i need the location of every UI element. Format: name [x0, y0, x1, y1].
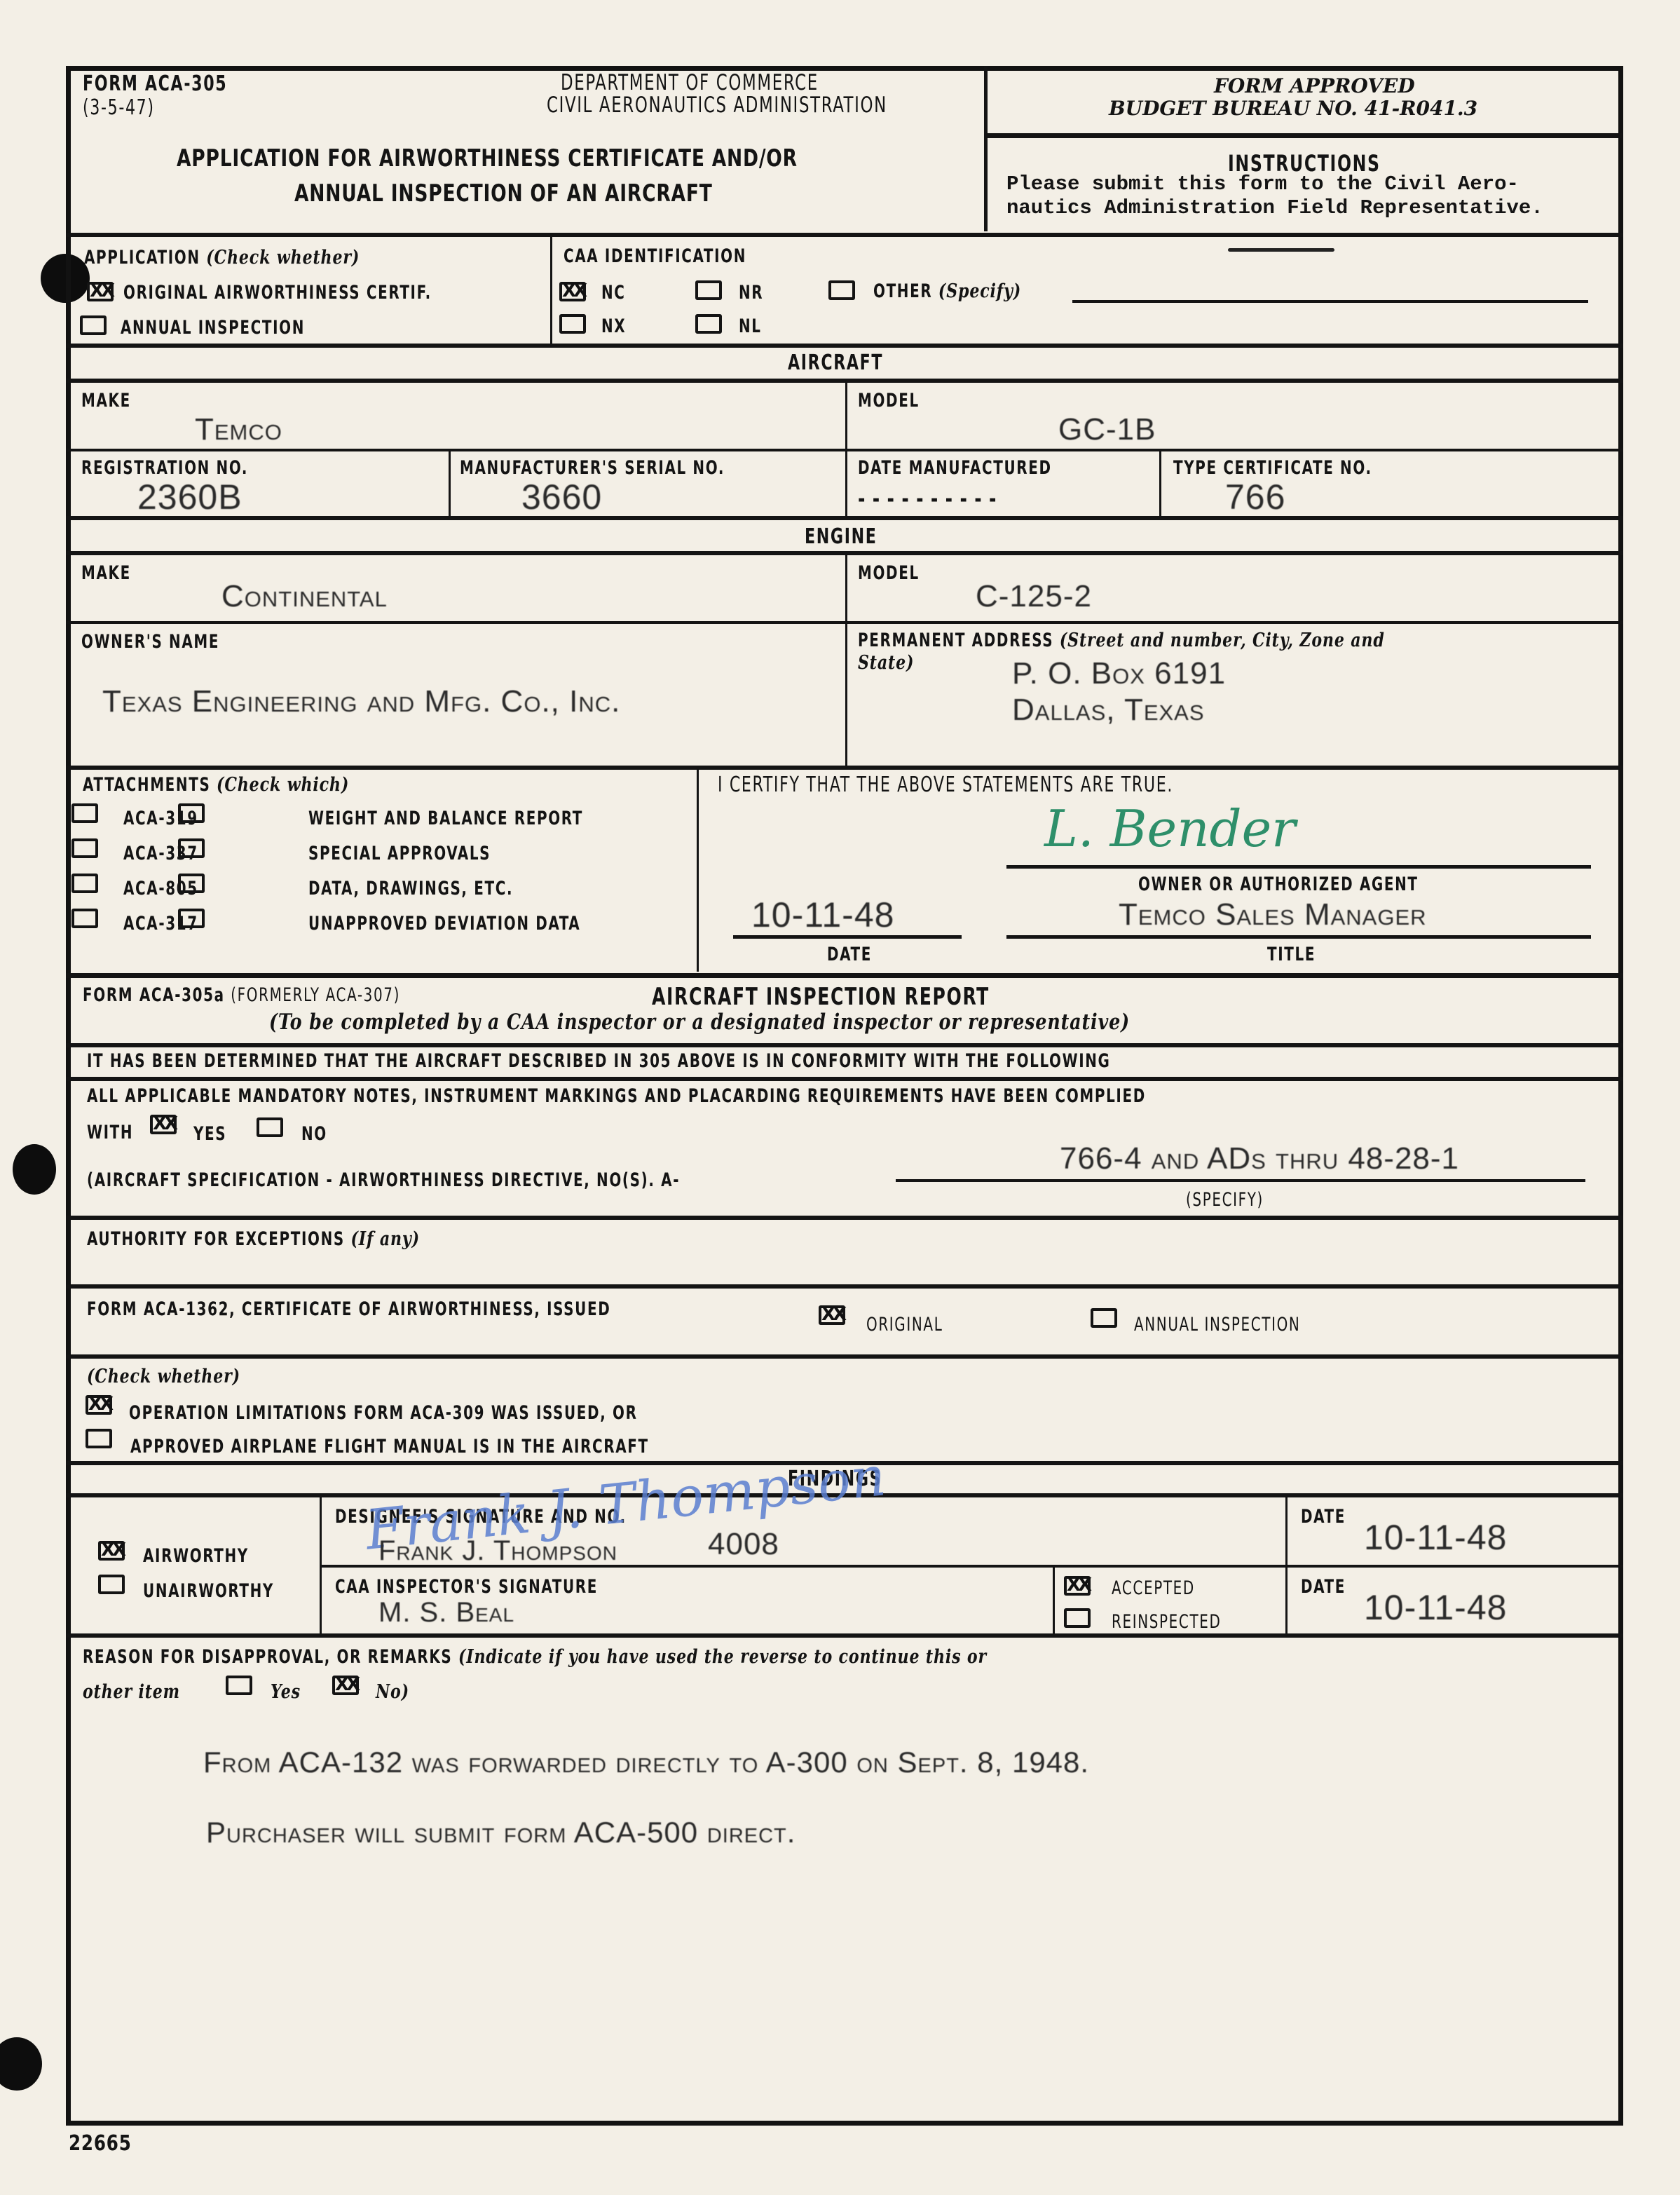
- checkbox-reverse-no[interactable]: [332, 1676, 359, 1695]
- certificate-issued-label: FORM ACA-1362, CERTIFICATE OF AIRWORTHIN…: [87, 1298, 610, 1320]
- checkbox-special-approvals[interactable]: [178, 838, 205, 858]
- owner-name-value[interactable]: Texas Engineering and Mfg. Co., Inc.: [102, 684, 620, 719]
- attachment-weight-balance: WEIGHT AND BALANCE REPORT: [308, 808, 583, 829]
- checkbox-mandatory-yes[interactable]: [150, 1115, 177, 1134]
- checkbox-mandatory-no[interactable]: [257, 1117, 283, 1137]
- attachments-label: ATTACHMENTS (Check which): [83, 774, 349, 796]
- caa-option-other: OTHER (Specify): [873, 280, 1021, 302]
- checkbox-flight-manual[interactable]: [86, 1429, 112, 1448]
- accepted-divider: [1053, 1566, 1055, 1633]
- reverse-yes-label: Yes: [271, 1681, 301, 1703]
- aircraft-model-value[interactable]: GC-1B: [1058, 412, 1156, 447]
- checkbox-nx[interactable]: [559, 314, 586, 334]
- permanent-address-label: PERMANENT ADDRESS (Street and number, Ci…: [858, 630, 1385, 651]
- punch-hole-middle: [13, 1144, 56, 1195]
- reverse-no-label: No): [376, 1681, 409, 1703]
- application-option-original: ORIGINAL AIRWORTHINESS CERTIF.: [123, 282, 432, 304]
- certificate-original-label: ORIGINAL: [866, 1314, 943, 1336]
- inspector-row-rule: [320, 1565, 1623, 1568]
- application-divider: [550, 236, 552, 345]
- exceptions-label: AUTHORITY FOR EXCEPTIONS (If any): [87, 1228, 420, 1250]
- designee-name[interactable]: Frank J. Thompson: [378, 1535, 617, 1567]
- instructions-line2: nautics Administration Field Representat…: [1006, 196, 1543, 219]
- inspector-signature-label: CAA INSPECTOR'S SIGNATURE: [335, 1576, 598, 1598]
- date-line: [733, 935, 962, 939]
- document-number: 22665: [69, 2131, 132, 2156]
- aircraft-section-title: AIRCRAFT: [788, 351, 883, 375]
- inspector-date-label: DATE: [1301, 1576, 1346, 1598]
- approval-line1: FORM APPROVED: [1214, 74, 1415, 97]
- attachments-divider: [697, 768, 699, 972]
- aircraft-make-divider: [845, 381, 847, 451]
- owner-signature[interactable]: L. Bender: [1044, 799, 1296, 858]
- ink-mark: [1228, 248, 1334, 252]
- checkbox-aca-319[interactable]: [71, 803, 98, 823]
- checkbox-operation-limitations[interactable]: [86, 1395, 112, 1415]
- serial-value[interactable]: 3660: [521, 477, 602, 517]
- remarks-hint: other item: [83, 1681, 180, 1703]
- check-whether-top-rule: [66, 1354, 1623, 1359]
- checkbox-original-airworthiness[interactable]: [87, 282, 114, 301]
- reinspected-label: REINSPECTED: [1112, 1611, 1221, 1633]
- type-certificate-label: TYPE CERTIFICATE NO.: [1173, 457, 1372, 479]
- mandatory-no-label: NO: [301, 1123, 327, 1145]
- punch-hole-bottom: [0, 2037, 42, 2091]
- engine-model-value[interactable]: C-125-2: [976, 579, 1092, 614]
- header-divider: [984, 66, 988, 231]
- exceptions-field[interactable]: [87, 1255, 1601, 1283]
- checkbox-aca-337[interactable]: [71, 838, 98, 858]
- certification-statement: I CERTIFY THAT THE ABOVE STATEMENTS ARE …: [718, 773, 1173, 797]
- engine-make-value[interactable]: Continental: [221, 579, 388, 614]
- owner-row-rule: [66, 621, 1623, 624]
- unairworthy-label: UNAIRWORTHY: [143, 1580, 274, 1602]
- checkbox-nr[interactable]: [695, 280, 722, 300]
- registration-value[interactable]: 2360B: [137, 477, 243, 517]
- aircraft-make-label: MAKE: [81, 390, 131, 412]
- checkbox-unairworthy[interactable]: [98, 1575, 125, 1594]
- designee-date-value[interactable]: 10-11-48: [1364, 1517, 1507, 1558]
- checkbox-certificate-annual[interactable]: [1091, 1308, 1117, 1328]
- mandatory-with-label: WITH: [87, 1122, 133, 1143]
- engine-make-divider: [845, 554, 847, 766]
- checkbox-reinspected[interactable]: [1064, 1608, 1091, 1628]
- checkbox-data-drawings[interactable]: [178, 874, 205, 893]
- header-bottom-rule: [66, 233, 1623, 237]
- aircraft-row-rule: [66, 449, 1623, 451]
- checkbox-nc[interactable]: [559, 282, 586, 301]
- form-title-line2: ANNUAL INSPECTION OF AN AIRCRAFT: [294, 179, 713, 208]
- instructions-line1: Please submit this form to the Civil Aer…: [1006, 172, 1519, 196]
- certification-title-value[interactable]: Temco Sales Manager: [1119, 897, 1427, 932]
- aircraft-top-rule: [66, 344, 1623, 348]
- flight-manual-label: APPROVED AIRPLANE FLIGHT MANUAL IS IN TH…: [130, 1436, 649, 1457]
- application-option-annual: ANNUAL INSPECTION: [121, 317, 305, 339]
- caa-option-nc: NC: [601, 282, 626, 304]
- inspection-top-rule: [66, 973, 1623, 978]
- check-whether-label: (Check whether): [87, 1366, 240, 1387]
- certificate-annual-label: ANNUAL INSPECTION: [1134, 1314, 1300, 1336]
- date-manufactured-label: DATE MANUFACTURED: [858, 457, 1052, 479]
- checkbox-nl[interactable]: [695, 314, 722, 334]
- date-caption: DATE: [827, 944, 872, 965]
- checkbox-aca-317[interactable]: [71, 909, 98, 928]
- application-label: APPLICATION (Check whether): [84, 247, 360, 269]
- certification-date-value[interactable]: 10-11-48: [751, 895, 894, 935]
- inspector-name[interactable]: M. S. Beal: [378, 1597, 514, 1629]
- form-title-line1: APPLICATION FOR AIRWORTHINESS CERTIFICAT…: [177, 144, 798, 172]
- remarks-line1[interactable]: From ACA-132 was forwarded directly to A…: [203, 1746, 1089, 1779]
- caa-option-nl: NL: [739, 315, 762, 337]
- airworthy-label: AIRWORTHY: [143, 1545, 249, 1567]
- exceptions-top-rule: [66, 1216, 1623, 1220]
- mandatory-top-rule: [66, 1077, 1623, 1081]
- form-date: (3-5-47): [83, 95, 155, 120]
- specification-line: [896, 1179, 1585, 1182]
- remarks-label: REASON FOR DISAPPROVAL, OR REMARKS (Indi…: [83, 1646, 987, 1668]
- remarks-top-rule: [66, 1633, 1623, 1638]
- title-caption: TITLE: [1267, 944, 1316, 965]
- conformity-statement: IT HAS BEEN DETERMINED THAT THE AIRCRAFT…: [87, 1050, 1111, 1072]
- specification-caption: (SPECIFY): [1186, 1189, 1264, 1211]
- inspection-report-title: AIRCRAFT INSPECTION REPORT: [652, 983, 990, 1011]
- permanent-address-hint: State): [858, 652, 914, 674]
- remarks-line2[interactable]: Purchaser will submit form ACA-500 direc…: [206, 1816, 795, 1849]
- registration-divider: [449, 451, 451, 516]
- signature-line: [1006, 865, 1591, 869]
- checkbox-reverse-yes[interactable]: [226, 1676, 252, 1695]
- aircraft-make-value[interactable]: Temco: [195, 412, 282, 447]
- conformity-top-rule: [66, 1043, 1623, 1047]
- engine-top-rule: [66, 516, 1623, 520]
- aircraft-title-rule: [66, 379, 1623, 383]
- checkbox-aca-805[interactable]: [71, 874, 98, 893]
- attachment-unapproved-deviation: UNAPPROVED DEVIATION DATA: [308, 913, 580, 935]
- serial-divider: [845, 451, 847, 516]
- attachments-top-rule: [66, 766, 1623, 770]
- engine-title-rule: [66, 551, 1623, 555]
- approval-line2: BUDGET BUREAU NO. 41-R041.3: [1109, 97, 1477, 120]
- form-number: FORM ACA-305: [83, 72, 227, 96]
- checkbox-certificate-original[interactable]: [819, 1305, 845, 1325]
- engine-make-label: MAKE: [81, 562, 131, 584]
- designee-date-label: DATE: [1301, 1506, 1346, 1528]
- specification-label: (AIRCRAFT SPECIFICATION - AIRWORTHINESS …: [87, 1169, 680, 1191]
- attachment-data-drawings: DATA, DRAWINGS, ETC.: [308, 878, 513, 899]
- owner-name-label: OWNER'S NAME: [81, 631, 219, 653]
- date-manufactured-divider: [1159, 451, 1161, 516]
- registration-label: REGISTRATION NO.: [81, 457, 248, 479]
- caa-option-nx: NX: [601, 315, 626, 337]
- mandatory-statement: ALL APPLICABLE MANDATORY NOTES, INSTRUME…: [87, 1085, 1146, 1107]
- mandatory-yes-label: YES: [193, 1123, 226, 1145]
- checkbox-annual-inspection[interactable]: [80, 315, 107, 335]
- certificate-issued-top-rule: [66, 1284, 1623, 1289]
- date-manufactured-value[interactable]: - - - - - - - - - -: [858, 485, 997, 513]
- checkbox-unapproved-deviation[interactable]: [178, 909, 205, 928]
- address-line2[interactable]: Dallas, Texas: [1012, 693, 1205, 728]
- agency-name: CIVIL AERONAUTICS ADMINISTRATION: [547, 93, 887, 118]
- engine-model-label: MODEL: [858, 562, 920, 584]
- inspection-form-label: FORM ACA-305a (FORMERLY ACA-307): [83, 984, 400, 1006]
- inspector-date-value[interactable]: 10-11-48: [1364, 1587, 1507, 1628]
- accepted-label: ACCEPTED: [1112, 1577, 1195, 1599]
- serial-label: MANUFACTURER'S SERIAL NO.: [460, 457, 725, 479]
- checkbox-weight-balance[interactable]: [178, 803, 205, 823]
- caa-option-nr: NR: [739, 282, 763, 304]
- aircraft-model-label: MODEL: [858, 390, 920, 412]
- inspection-report-subtitle: (To be completed by a CAA inspector or a…: [269, 1010, 1130, 1035]
- engine-section-title: ENGINE: [805, 524, 877, 549]
- specification-value[interactable]: 766-4 and ADs thru 48-28-1: [1060, 1141, 1459, 1176]
- address-line1[interactable]: P. O. Box 6191: [1012, 656, 1226, 691]
- checkbox-accepted[interactable]: [1064, 1576, 1091, 1596]
- designee-number[interactable]: 4008: [708, 1527, 779, 1562]
- title-line: [1006, 935, 1591, 939]
- other-specify-field[interactable]: [1072, 300, 1588, 303]
- signature-caption: OWNER OR AUTHORIZED AGENT: [1138, 874, 1419, 895]
- caa-identification-label: CAA IDENTIFICATION: [564, 245, 746, 267]
- operation-limitations-label: OPERATION LIMITATIONS FORM ACA-309 WAS I…: [129, 1402, 638, 1424]
- attachment-special-approvals: SPECIAL APPROVALS: [308, 843, 491, 864]
- type-certificate-value[interactable]: 766: [1225, 477, 1285, 517]
- checkbox-other[interactable]: [828, 280, 855, 300]
- checkbox-airworthy[interactable]: [98, 1541, 125, 1561]
- approval-divider: [987, 133, 1622, 138]
- department-name: DEPARTMENT OF COMMERCE: [561, 70, 819, 95]
